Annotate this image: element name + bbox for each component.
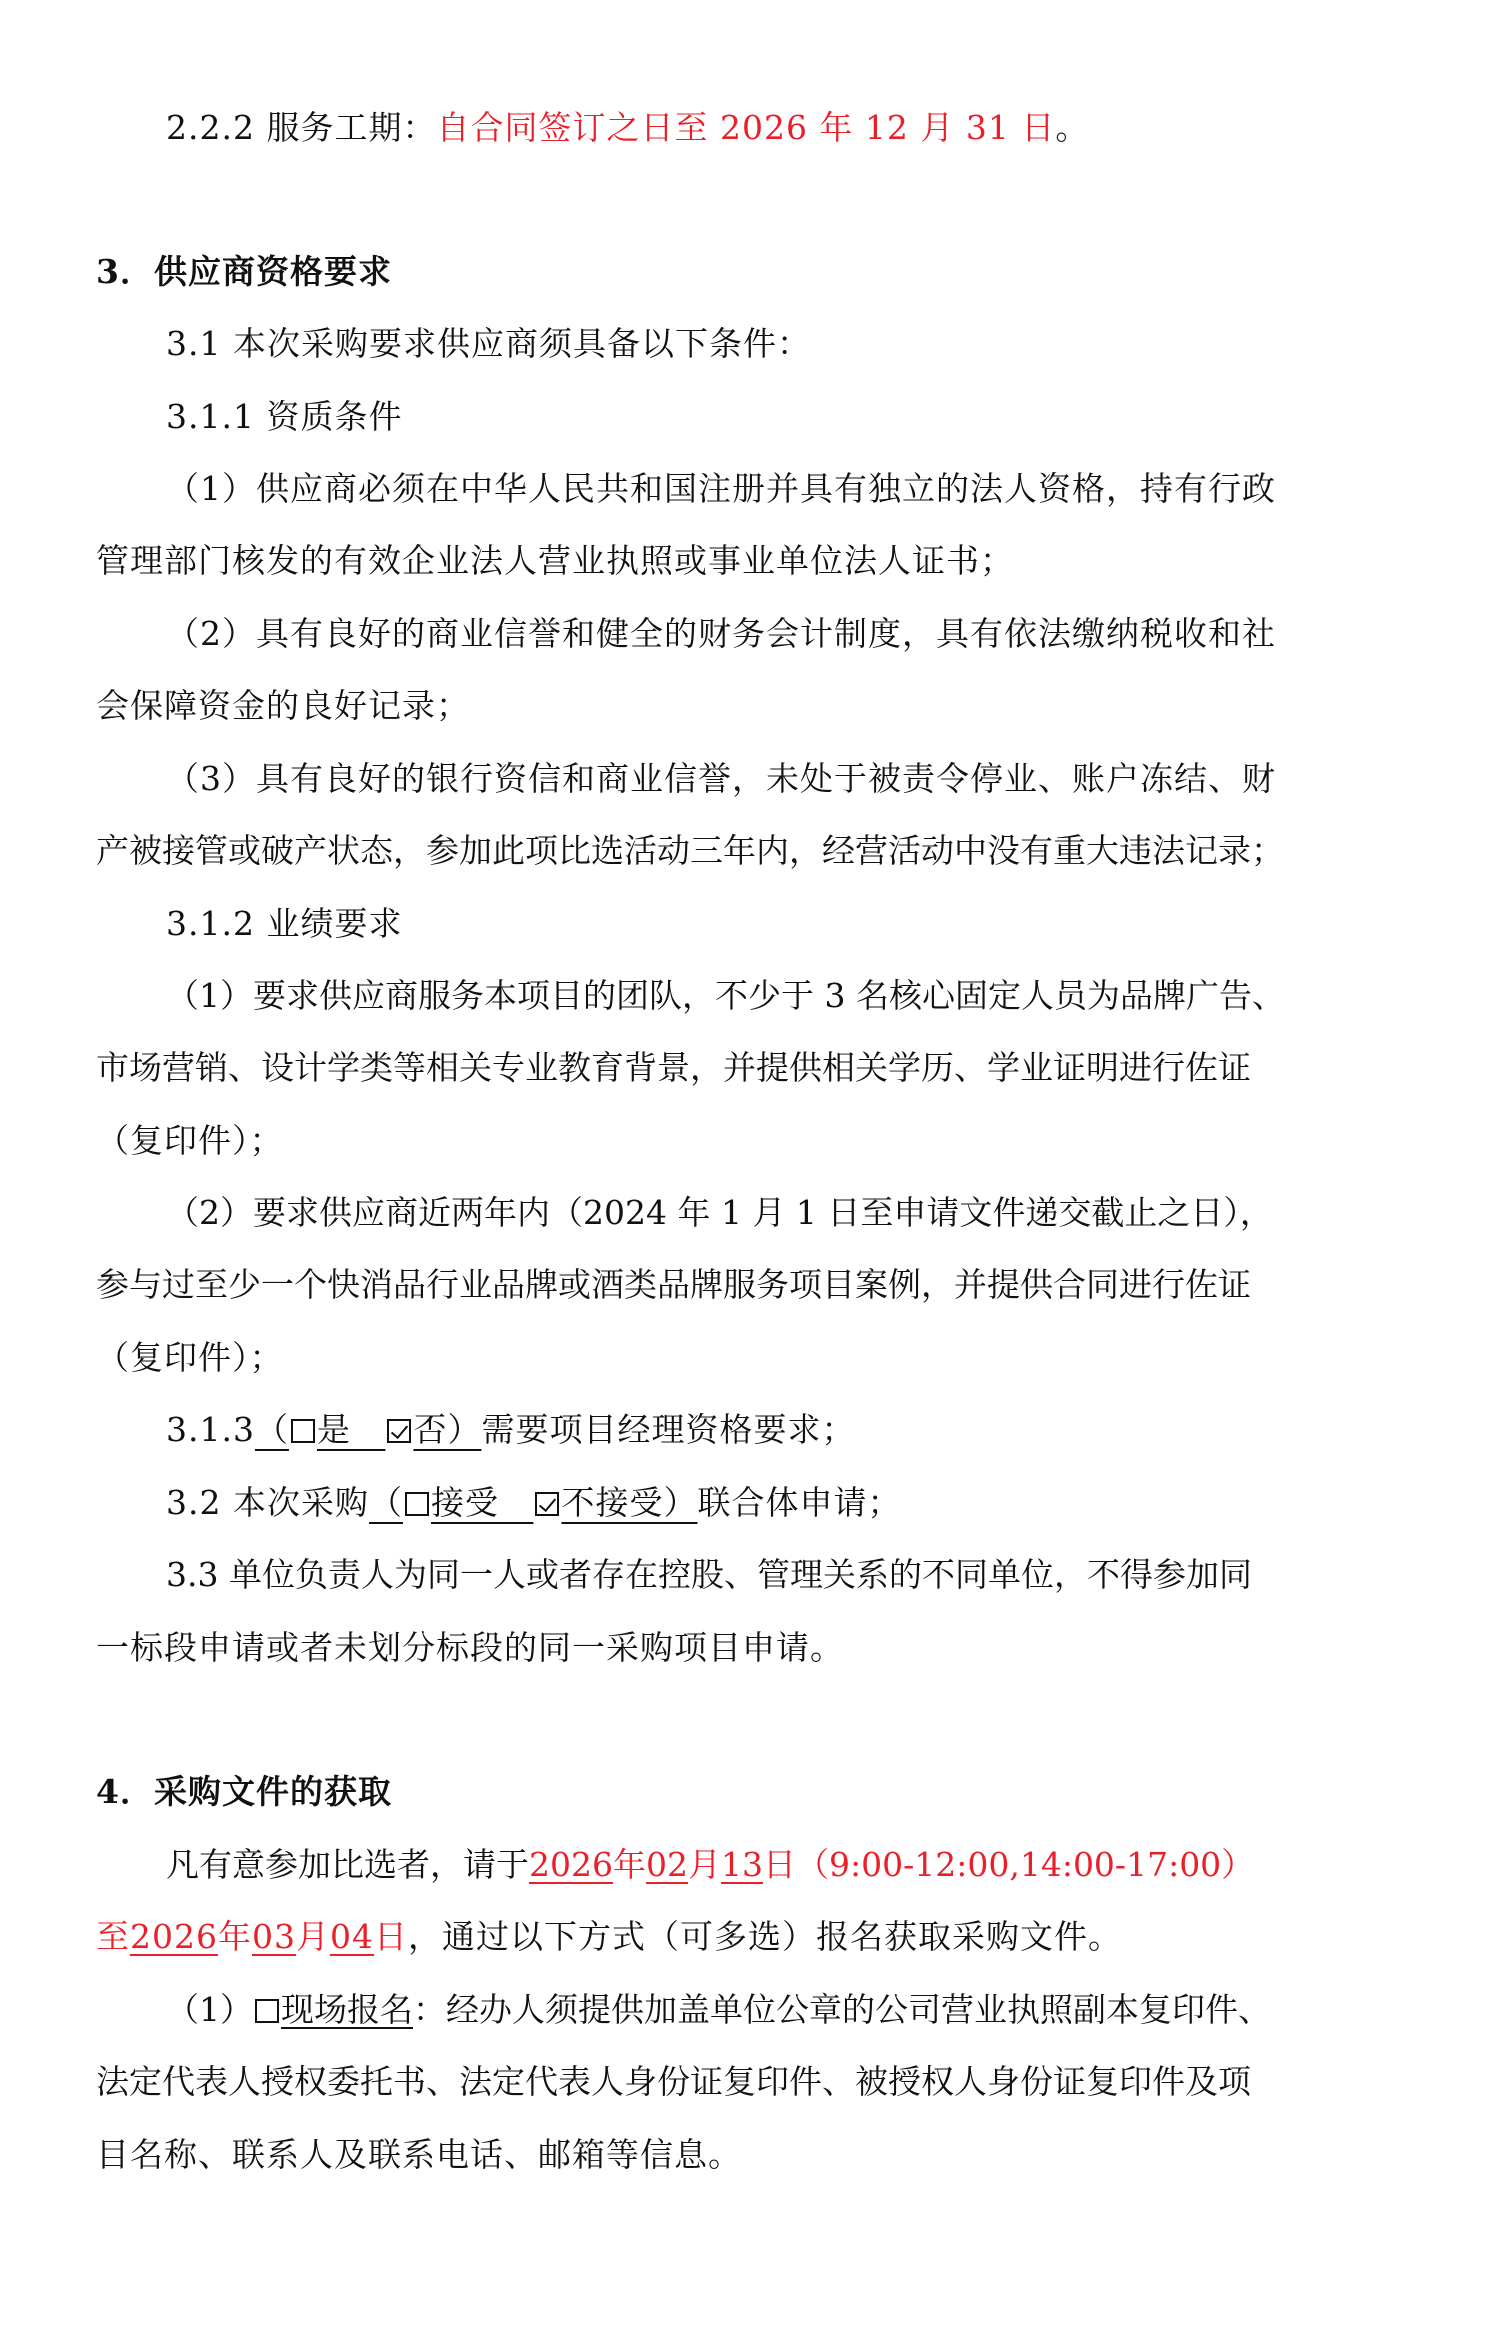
service-period-end: 。: [1055, 108, 1089, 147]
clause-3-1: 3.1 本次采购要求供应商须具备以下条件：: [166, 322, 1466, 366]
clause-3-1-3-prefix: 3.1.3: [166, 1410, 255, 1449]
clause-3-1-1: 3.1.1 资质条件: [166, 395, 1466, 439]
method-1-line-1: （1）现场报名：经办人须提供加盖单位公章的公司营业执照副本复印件、: [166, 1988, 1466, 2032]
year-char: 年: [218, 1917, 252, 1956]
end-year: 2026: [130, 1917, 218, 1956]
after-dates-text: ，通过以下方式（可多选）报名获取采购文件。: [408, 1917, 1122, 1956]
start-month: 02: [646, 1845, 688, 1884]
acquisition-period-line-2: 至2026年03月04日，通过以下方式（可多选）报名获取采购文件。: [96, 1915, 1396, 1959]
section-4-title: 4．采购文件的获取: [96, 1770, 1396, 1814]
month-char: 月: [296, 1917, 330, 1956]
end-day: 04: [330, 1917, 374, 1956]
start-day: 13: [721, 1845, 763, 1884]
clause-3-2-prefix: 3.2 本次采购: [166, 1483, 369, 1522]
day-char: 日: [763, 1845, 796, 1884]
intro-text: 凡有意参加比选者，请于: [166, 1845, 529, 1884]
consortium-options: （接受 不接受）: [369, 1483, 697, 1522]
clause-3-2: 3.2 本次采购（接受 不接受）联合体申请；: [166, 1481, 1466, 1525]
performance-2-line-1: （2）要求供应商近两年内（2024 年 1 月 1 日至申请文件递交截止之日），: [166, 1191, 1466, 1235]
pm-requirement-options: （是 否）: [255, 1410, 481, 1449]
method-1-prefix: （1）: [166, 1990, 253, 2029]
onsite-registration-label: 现场报名: [281, 1990, 413, 2029]
option-reject-label: 不接受: [561, 1483, 663, 1522]
section-3-title: 3．供应商资格要求: [96, 250, 1396, 294]
qualification-3-line-1: （3）具有良好的银行资信和商业信誉，未处于被责令停业、账户冻结、财: [166, 757, 1466, 801]
performance-1-line-2: 市场营销、设计学类等相关专业教育背景，并提供相关学历、学业证明进行佐证: [96, 1046, 1396, 1090]
clause-3-3-line-1: 3.3 单位负责人为同一人或者存在控股、管理关系的不同单位，不得参加同: [166, 1553, 1466, 1597]
checkbox-onsite-icon[interactable]: [255, 1999, 279, 2023]
checkbox-reject-checked-icon[interactable]: [535, 1492, 559, 1516]
method-1-text: ：经办人须提供加盖单位公章的公司营业执照副本复印件、: [413, 1990, 1271, 2029]
paren-open: （: [369, 1483, 403, 1522]
qualification-2-line-1: （2）具有良好的商业信誉和健全的财务会计制度，具有依法缴纳税收和社: [166, 612, 1466, 656]
option-no-label: 否: [413, 1410, 447, 1449]
option-accept-label: 接受: [431, 1483, 499, 1522]
qualification-3-line-2: 产被接管或破产状态，参加此项比选活动三年内，经营活动中没有重大违法记录；: [96, 829, 1396, 873]
performance-1-line-3: （复印件）；: [96, 1119, 1396, 1163]
start-year: 2026: [529, 1845, 613, 1884]
performance-1-line-1: （1）要求供应商服务本项目的团队，不少于 3 名核心固定人员为品牌广告、: [166, 974, 1466, 1018]
clause-3-1-3: 3.1.3（是 否）需要项目经理资格要求；: [166, 1408, 1466, 1452]
paren-open: （: [255, 1410, 289, 1449]
service-period-value: 自合同签订之日至 2026 年 12 月 31 日: [436, 108, 1055, 147]
method-1-line-3: 目名称、联系人及联系电话、邮箱等信息。: [96, 2133, 1396, 2177]
paren-close: ）: [663, 1483, 697, 1522]
clause-3-3-line-2: 一标段申请或者未划分标段的同一采购项目申请。: [96, 1626, 1396, 1670]
service-period-line: 2.2.2 服务工期：自合同签订之日至 2026 年 12 月 31 日。: [166, 106, 1466, 150]
year-char: 年: [613, 1845, 646, 1884]
service-period-label: 2.2.2 服务工期：: [166, 108, 436, 147]
office-hours: （9:00-12:00,14:00-17:00）: [796, 1845, 1254, 1884]
qualification-2-line-2: 会保障资金的良好记录；: [96, 684, 1396, 728]
end-month: 03: [252, 1917, 296, 1956]
document-page: 2.2.2 服务工期：自合同签订之日至 2026 年 12 月 31 日。 3．…: [0, 0, 1500, 2325]
clause-3-1-2: 3.1.2 业绩要求: [166, 902, 1466, 946]
checkbox-yes-icon[interactable]: [291, 1419, 315, 1443]
day-char: 日: [374, 1917, 408, 1956]
acquisition-period-line-1: 凡有意参加比选者，请于2026年02月13日（9:00-12:00,14:00-…: [166, 1843, 1466, 1887]
qualification-1-line-2: 管理部门核发的有效企业法人营业执照或事业单位法人证书；: [96, 539, 1396, 583]
method-1-line-2: 法定代表人授权委托书、法定代表人身份证复印件、被授权人身份证复印件及项: [96, 2060, 1396, 2104]
checkbox-no-checked-icon[interactable]: [387, 1419, 411, 1443]
performance-2-line-2: 参与过至少一个快消品行业品牌或酒类品牌服务项目案例，并提供合同进行佐证: [96, 1263, 1396, 1307]
qualification-1-line-1: （1）供应商必须在中华人民共和国注册并具有独立的法人资格，持有行政: [166, 467, 1466, 511]
paren-close: ）: [447, 1410, 481, 1449]
to-char: 至: [96, 1917, 130, 1956]
clause-3-1-3-suffix: 需要项目经理资格要求；: [481, 1410, 855, 1449]
onsite-registration-option: 现场报名: [253, 1990, 413, 2029]
performance-2-line-3: （复印件）；: [96, 1336, 1396, 1380]
option-yes-label: 是: [317, 1410, 351, 1449]
clause-3-2-suffix: 联合体申请；: [697, 1483, 901, 1522]
checkbox-accept-icon[interactable]: [405, 1492, 429, 1516]
month-char: 月: [688, 1845, 721, 1884]
